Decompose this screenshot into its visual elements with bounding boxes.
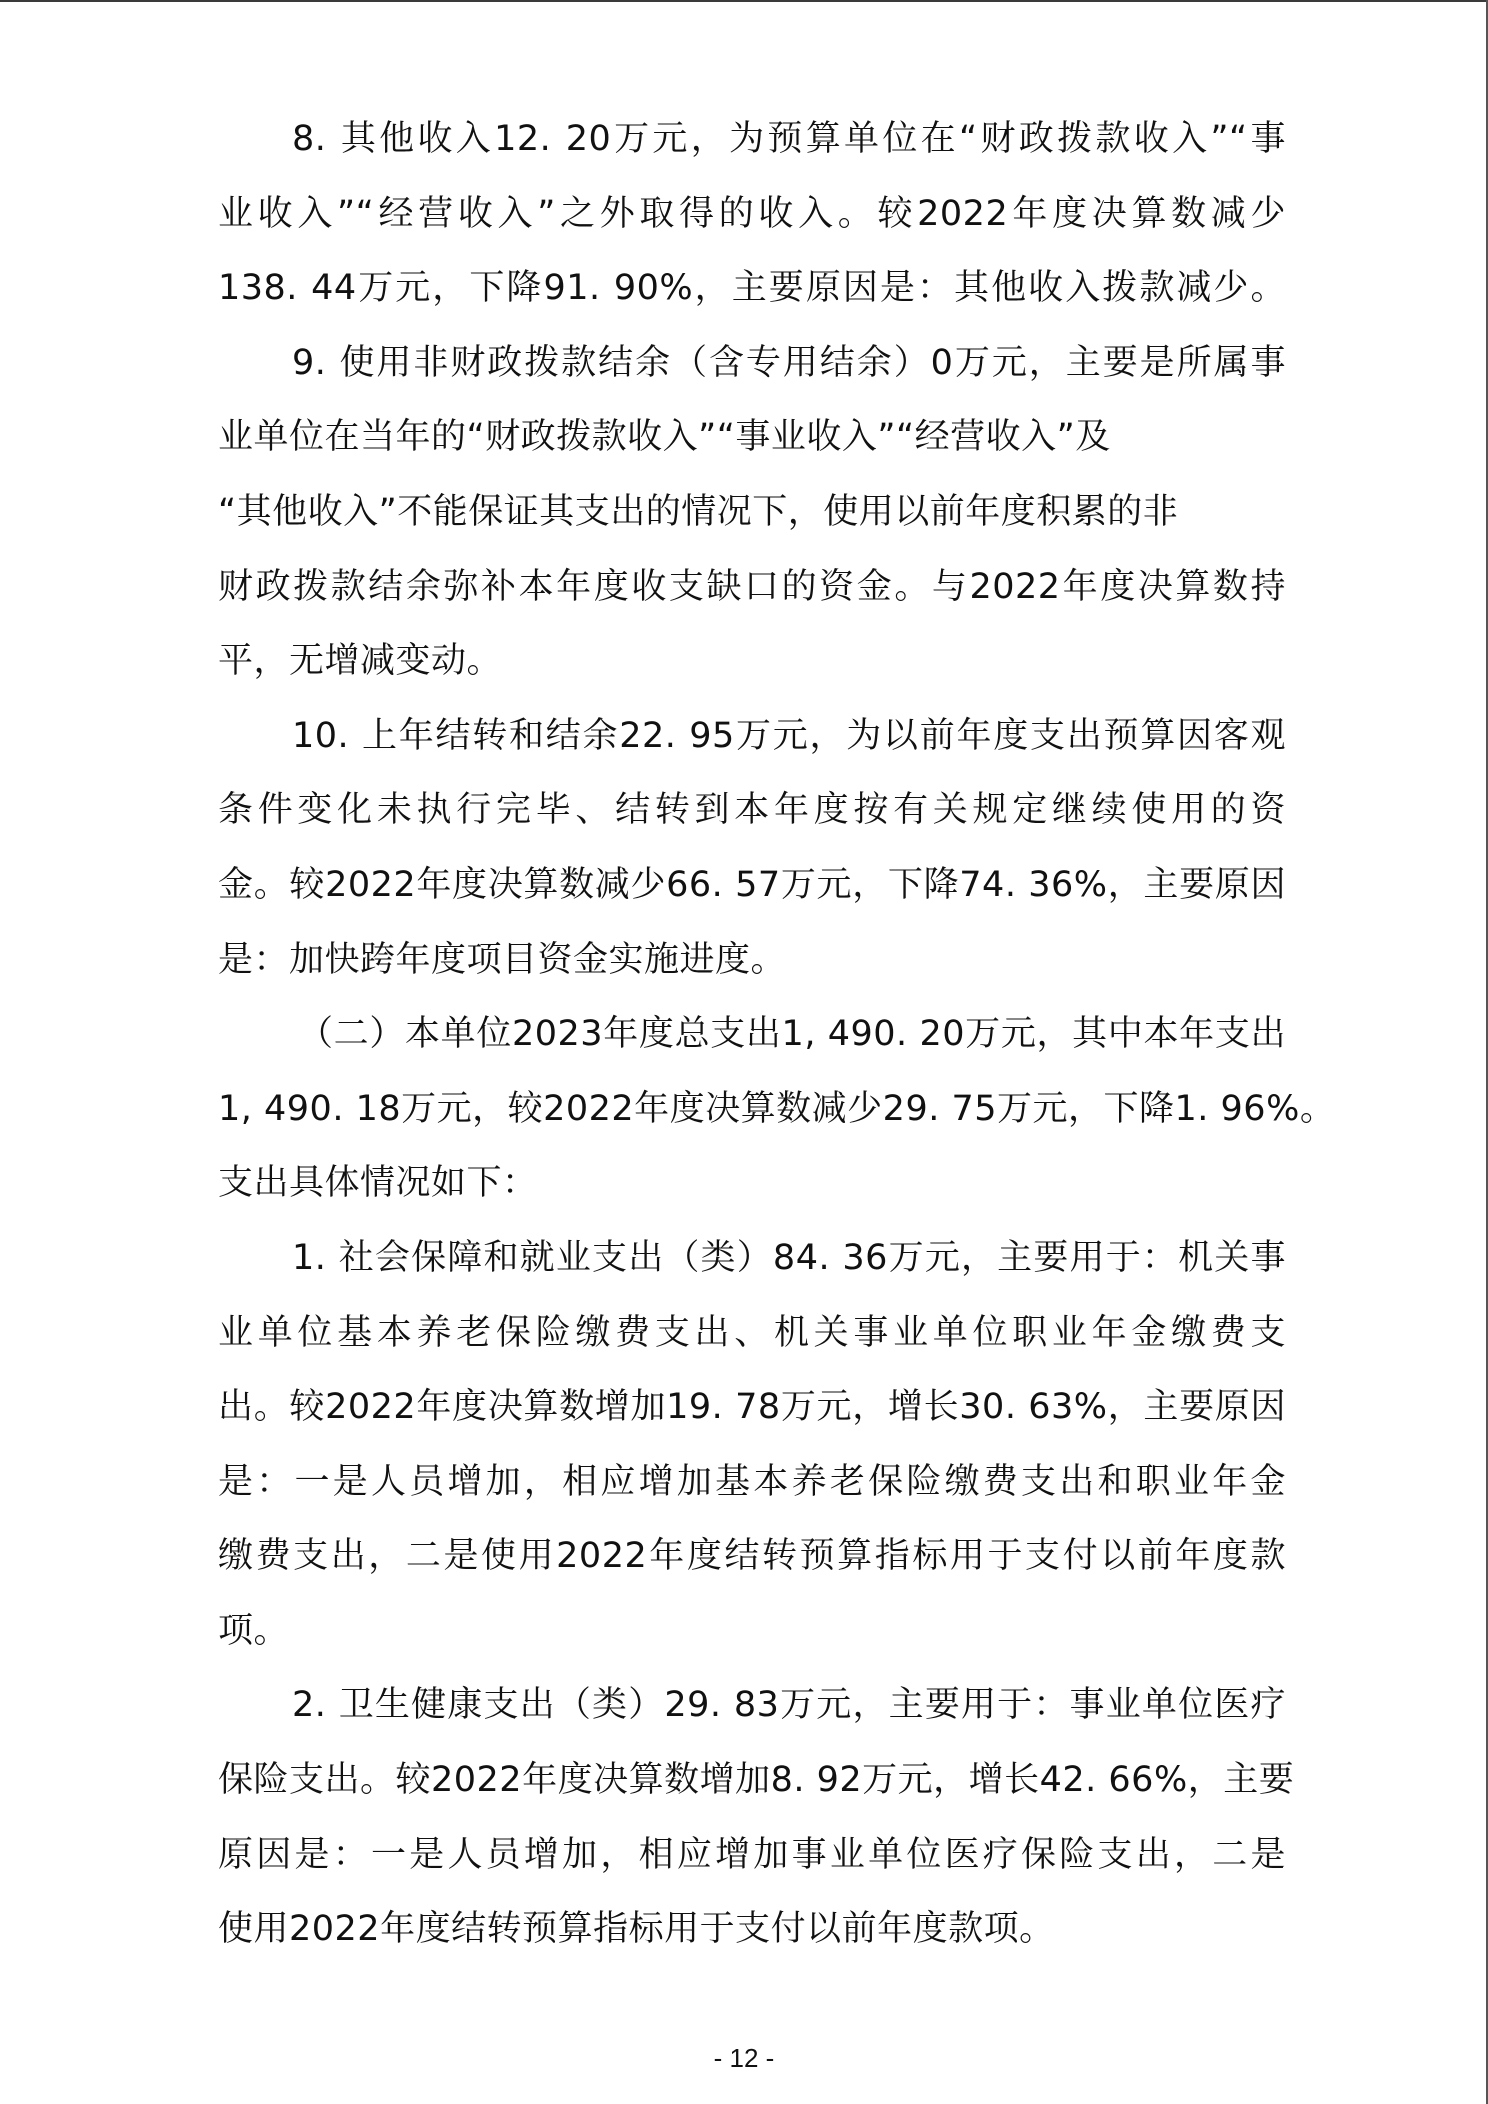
text-line: 业收入”“经营收入”之外取得的收入。较2022年度决算数减少 (218, 177, 1286, 252)
paragraph-carryover: 10. 上年结转和结余22. 95万元，为以前年度支出预算因客观 条件变化未执行… (218, 699, 1286, 997)
text-line: 1, 490. 18万元，较2022年度决算数减少29. 75万元，下降1. 9… (218, 1072, 1286, 1147)
page-number: - 12 - (0, 2043, 1488, 2074)
text-line: 财政拨款结余弥补本年度收支缺口的资金。与2022年度决算数持 (218, 550, 1286, 625)
text-line: 是：一是人员增加，相应增加基本养老保险缴费支出和职业年金 (218, 1445, 1286, 1520)
text-line: 支出具体情况如下： (218, 1146, 1286, 1221)
text-line: 保险支出。较2022年度决算数增加8. 92万元，增长42. 66%，主要 (218, 1743, 1286, 1818)
paragraph-expenditure-summary: （二）本单位2023年度总支出1, 490. 20万元，其中本年支出 1, 49… (218, 997, 1286, 1221)
text-line: “其他收入”不能保证其支出的情况下，使用以前年度积累的非 (218, 475, 1286, 550)
text-line: 金。较2022年度决算数减少66. 57万元，下降74. 36%，主要原因 (218, 848, 1286, 923)
text-line: 9. 使用非财政拨款结余（含专用结余）0万元，主要是所属事 (218, 326, 1286, 401)
page-border-top (0, 0, 1488, 2)
text-line: 平，无增减变动。 (218, 624, 1286, 699)
text-line: （二）本单位2023年度总支出1, 490. 20万元，其中本年支出 (218, 997, 1286, 1072)
text-line: 2. 卫生健康支出（类）29. 83万元，主要用于：事业单位医疗 (218, 1668, 1286, 1743)
text-line: 8. 其他收入12. 20万元，为预算单位在“财政拨款收入”“事 (218, 102, 1286, 177)
text-line: 缴费支出，二是使用2022年度结转预算指标用于支付以前年度款 (218, 1519, 1286, 1594)
text-line: 条件变化未执行完毕、结转到本年度按有关规定继续使用的资 (218, 773, 1286, 848)
paragraph-other-income: 8. 其他收入12. 20万元，为预算单位在“财政拨款收入”“事 业收入”“经营… (218, 102, 1286, 326)
document-body: 8. 其他收入12. 20万元，为预算单位在“财政拨款收入”“事 业收入”“经营… (218, 102, 1286, 1967)
paragraph-non-fiscal-balance: 9. 使用非财政拨款结余（含专用结余）0万元，主要是所属事 业单位在当年的“财政… (218, 326, 1286, 699)
text-line: 出。较2022年度决算数增加19. 78万元，增长30. 63%，主要原因 (218, 1370, 1286, 1445)
text-line: 原因是：一是人员增加，相应增加事业单位医疗保险支出，二是 (218, 1818, 1286, 1893)
text-line: 1. 社会保障和就业支出（类）84. 36万元，主要用于：机关事 (218, 1221, 1286, 1296)
text-line: 业单位在当年的“财政拨款收入”“事业收入”“经营收入”及 (218, 400, 1286, 475)
paragraph-social-security-expenditure: 1. 社会保障和就业支出（类）84. 36万元，主要用于：机关事 业单位基本养老… (218, 1221, 1286, 1669)
text-line: 10. 上年结转和结余22. 95万元，为以前年度支出预算因客观 (218, 699, 1286, 774)
text-line: 138. 44万元，下降91. 90%，主要原因是：其他收入拨款减少。 (218, 251, 1286, 326)
text-line: 业单位基本养老保险缴费支出、机关事业单位职业年金缴费支 (218, 1296, 1286, 1371)
text-line: 使用2022年度结转预算指标用于支付以前年度款项。 (218, 1892, 1286, 1967)
text-line: 项。 (218, 1594, 1286, 1669)
text-line: 是：加快跨年度项目资金实施进度。 (218, 923, 1286, 998)
paragraph-health-expenditure: 2. 卫生健康支出（类）29. 83万元，主要用于：事业单位医疗 保险支出。较2… (218, 1668, 1286, 1966)
